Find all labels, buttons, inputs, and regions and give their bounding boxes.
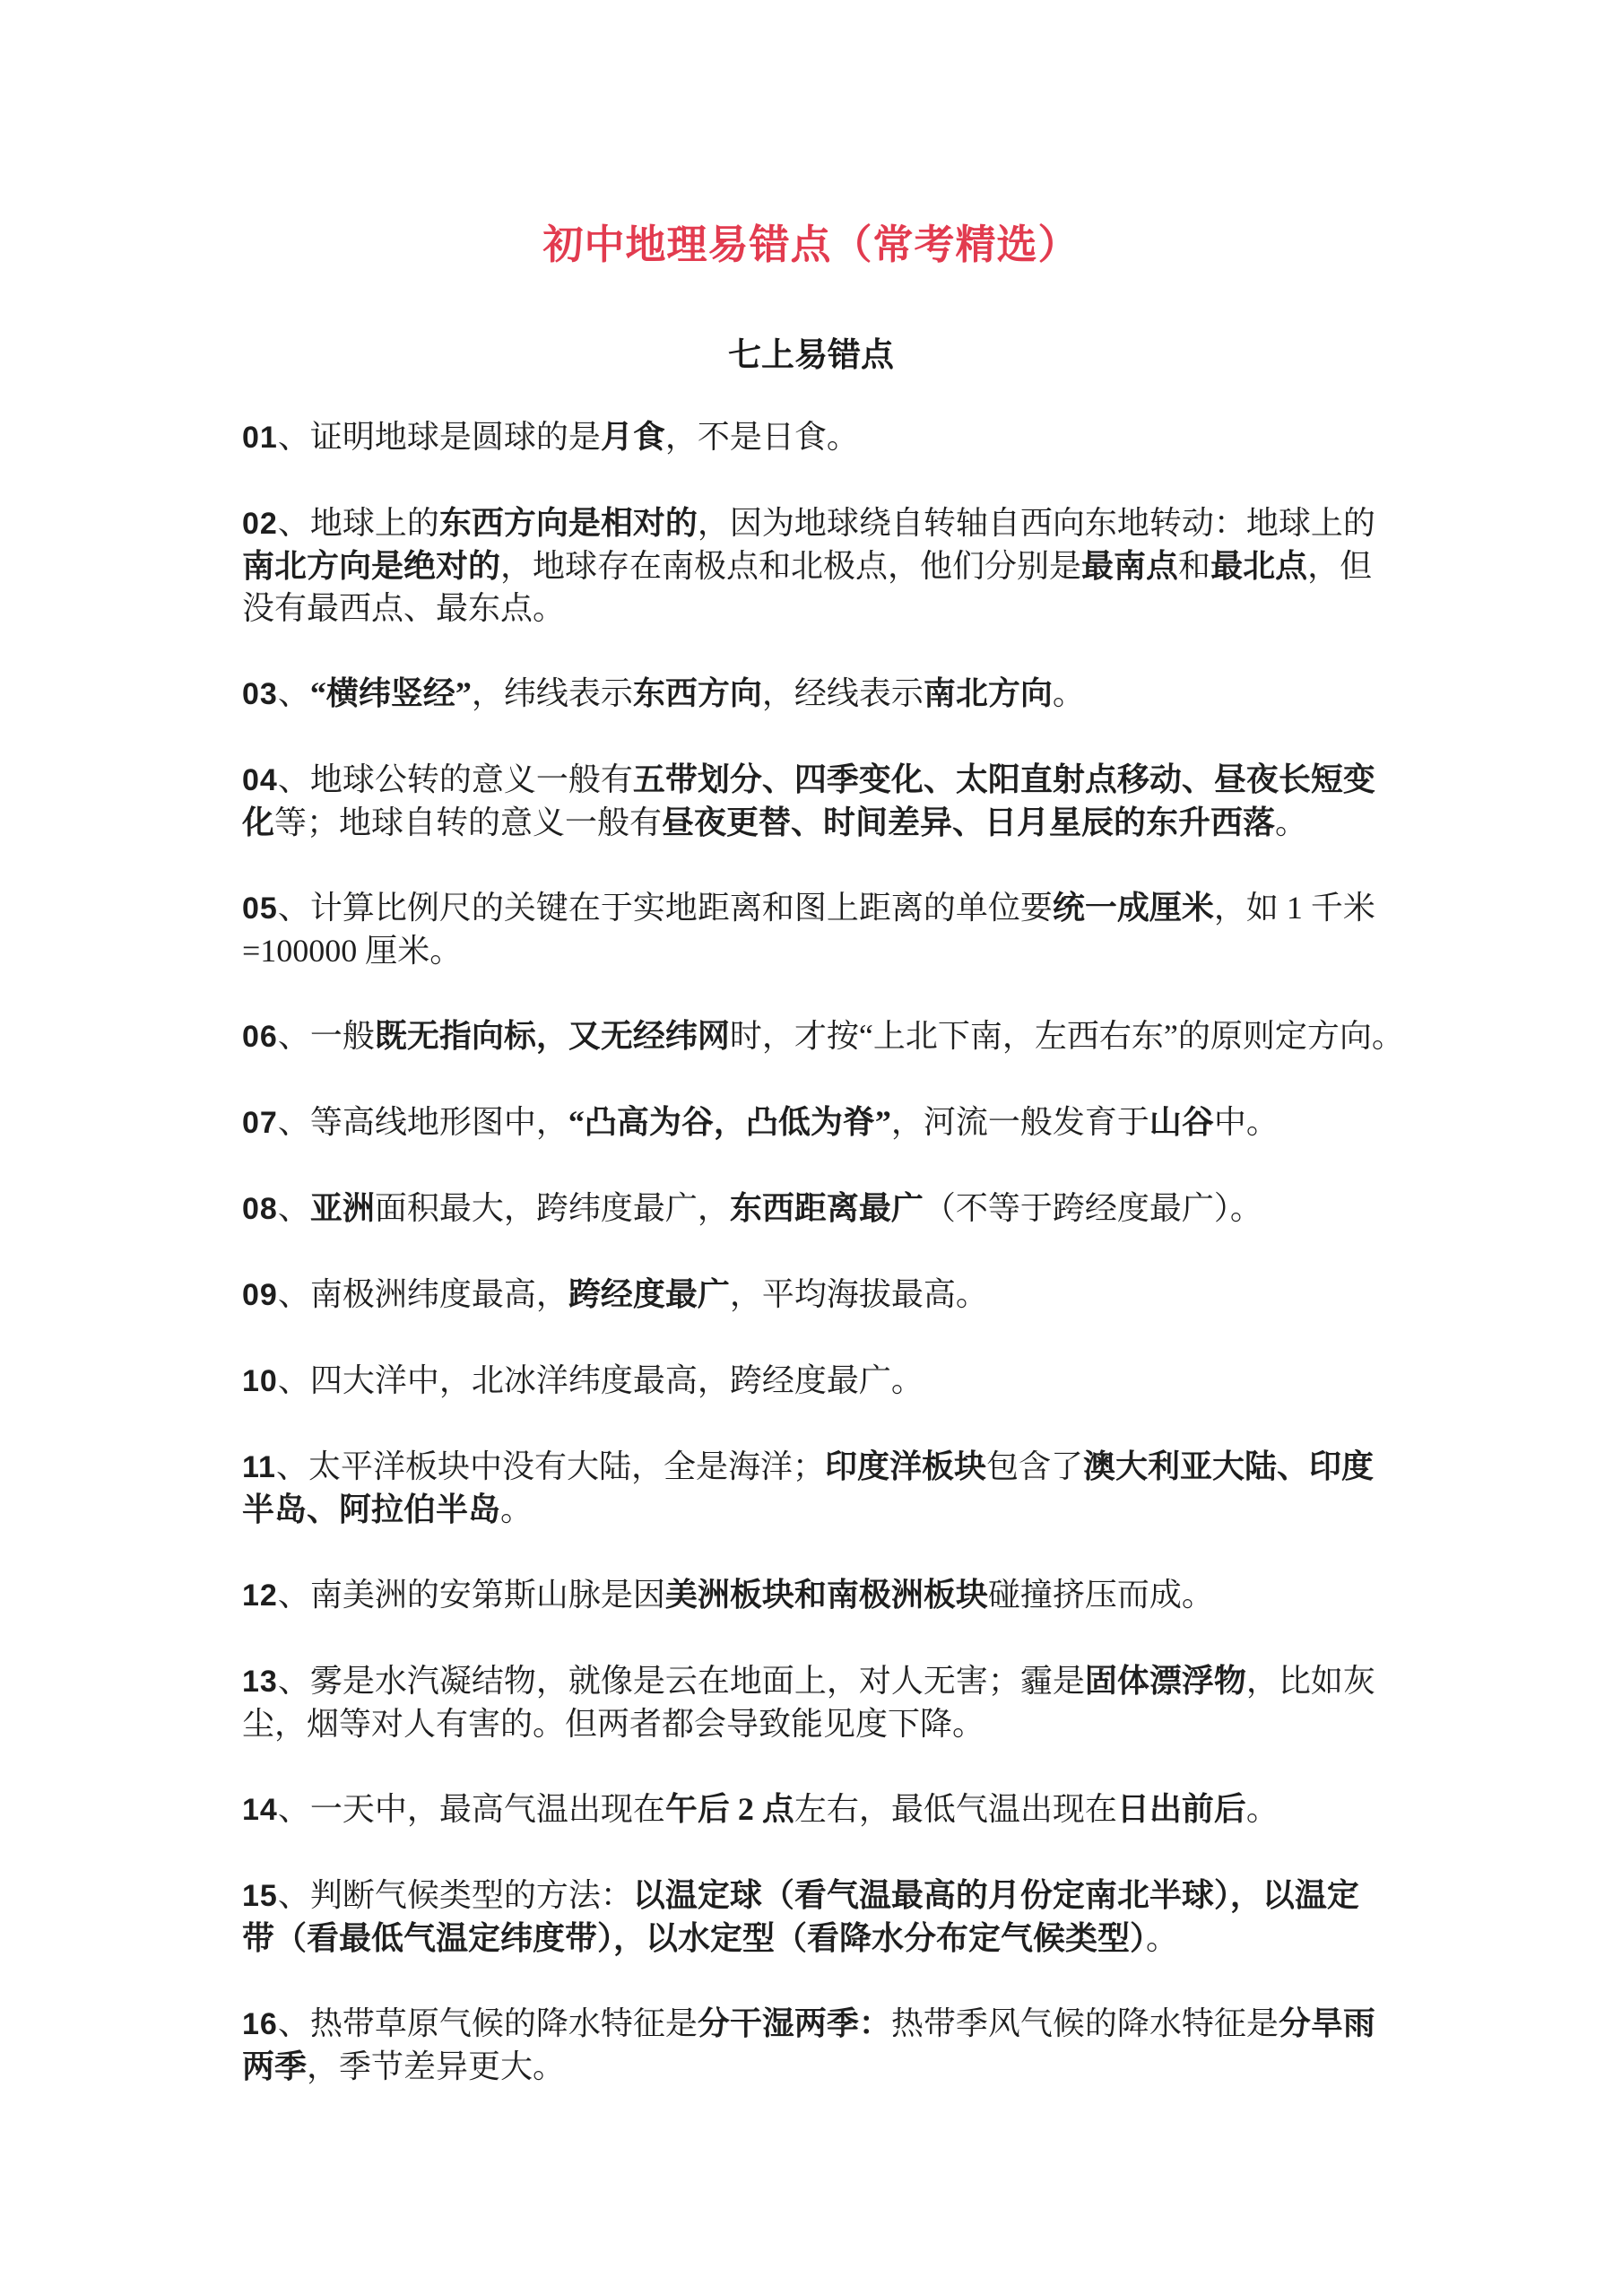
text-segment: ，因为地球绕自转轴自西向东地转动：地球上的 xyxy=(698,505,1375,541)
text-segment: “凸高为谷，凸低为脊” xyxy=(568,1104,891,1140)
text-segment: ，但 xyxy=(1307,548,1372,584)
text-segment: 左右，最低气温出现在 xyxy=(794,1791,1117,1827)
text-segment: 东西方向 xyxy=(633,675,762,711)
text-segment: 包含了 xyxy=(986,1448,1083,1484)
text-segment: 。 xyxy=(500,1492,533,1527)
item-number: 13 xyxy=(242,1665,278,1699)
text-segment: 半岛、阿拉伯半岛 xyxy=(242,1492,500,1527)
item-number: 15 xyxy=(242,1879,278,1913)
list-item: 04、地球公转的意义一般有五带划分、四季变化、太阳直射点移动、昼夜长短变化等；地… xyxy=(242,759,1550,844)
text-segment: 最南点 xyxy=(1081,548,1178,584)
text-segment: 、 xyxy=(278,675,310,711)
list-item: 14、一天中，最高气温出现在午后 2 点左右，最低气温出现在日出前后。 xyxy=(242,1788,1550,1831)
item-number: 11 xyxy=(242,1450,276,1484)
text-segment: ，河流一般发育于 xyxy=(891,1104,1149,1140)
text-segment: 、一天中，最高气温出现在 xyxy=(278,1791,665,1827)
text-segment: ，季节差异更大。 xyxy=(307,2048,565,2084)
list-item: 05、计算比例尺的关键在于实地距离和图上距离的单位要统一成厘米，如 1 千米=1… xyxy=(242,887,1550,972)
text-segment: 热带季风气候的降水特征是 xyxy=(891,2005,1279,2041)
text-segment: 亚洲 xyxy=(310,1190,375,1226)
text-segment: ，经线表示 xyxy=(762,675,924,711)
text-segment: 、南美洲的安第斯山脉是因 xyxy=(278,1577,665,1613)
text-segment: 山谷 xyxy=(1149,1104,1214,1140)
text-segment: 。 xyxy=(1053,675,1085,711)
text-segment: “横纬竖经” xyxy=(310,675,472,711)
item-number: 09 xyxy=(242,1278,278,1312)
text-segment: 昼夜更替、时间差异、日月星辰的东升西落 xyxy=(662,804,1275,840)
text-segment: 。 xyxy=(1246,1791,1279,1827)
document-page: 初中地理易错点（常考精选） 七上易错点 01、证明地球是圆球的是月食，不是日食。… xyxy=(0,0,1622,2296)
text-segment: 、地球公转的意义一般有 xyxy=(278,761,633,797)
text-segment: 午后 2 点 xyxy=(665,1791,794,1827)
text-segment: 、地球上的 xyxy=(278,505,439,541)
text-segment: 月食 xyxy=(601,419,665,455)
text-segment: ，比如灰 xyxy=(1246,1663,1375,1699)
item-number: 10 xyxy=(242,1364,278,1398)
list-item: 03、“横纬竖经”，纬线表示东西方向，经线表示南北方向。 xyxy=(242,673,1550,716)
list-item: 11、太平洋板块中没有大陆，全是海洋；印度洋板块包含了澳大利亚大陆、印度半岛、阿… xyxy=(242,1446,1550,1531)
text-segment: 和 xyxy=(1178,548,1210,584)
text-segment: 、一般 xyxy=(278,1018,375,1054)
text-segment: 尘，烟等对人有害的。但两者都会导致能见度下降。 xyxy=(242,1706,984,1742)
text-segment: ，平均海拔最高。 xyxy=(730,1276,988,1312)
list-item: 08、亚洲面积最大，跨纬度最广，东西距离最广（不等于跨经度最广）。 xyxy=(242,1187,1550,1231)
text-segment: 印度洋板块 xyxy=(825,1448,986,1484)
item-number: 04 xyxy=(242,763,278,797)
item-number: 08 xyxy=(242,1192,278,1226)
text-segment: 统一成厘米 xyxy=(1053,890,1214,926)
item-number: 12 xyxy=(242,1578,278,1613)
text-segment: 固体漂浮物 xyxy=(1085,1663,1246,1699)
text-segment: 以温定球（看气温最高的月份定南北半球），以温定 xyxy=(633,1877,1359,1913)
text-segment: ，不是日食。 xyxy=(665,419,859,455)
text-segment: 。 xyxy=(1275,804,1307,840)
text-segment: 美洲板块和南极洲板块 xyxy=(665,1577,988,1613)
list-item: 10、四大洋中，北冰洋纬度最高，跨经度最广。 xyxy=(242,1360,1550,1403)
item-number: 06 xyxy=(242,1020,278,1054)
text-segment: 东西方向是相对的 xyxy=(439,505,698,541)
text-segment: 日出前后 xyxy=(1117,1791,1246,1827)
item-number: 14 xyxy=(242,1793,278,1827)
text-segment: 带（看最低气温定纬度带），以水定型（看降水分布定气候类型） xyxy=(242,1920,1146,1956)
text-segment: 化 xyxy=(242,804,274,840)
list-item: 13、雾是水汽凝结物，就像是云在地面上，对人无害；霾是固体漂浮物，比如灰尘，烟等… xyxy=(242,1660,1550,1745)
text-segment: 。 xyxy=(1146,1920,1178,1956)
item-number: 03 xyxy=(242,677,278,711)
text-segment: 中。 xyxy=(1214,1104,1279,1140)
text-segment: 、太平洋板块中没有大陆，全是海洋； xyxy=(276,1448,825,1484)
text-segment: 分旱雨 xyxy=(1279,2005,1375,2041)
text-segment: 东西距离最广 xyxy=(730,1190,924,1226)
text-segment: 跨经度最广 xyxy=(568,1276,730,1312)
text-segment: 没有最西点、最东点。 xyxy=(242,590,565,626)
list-item: 01、证明地球是圆球的是月食，不是日食。 xyxy=(242,416,1550,459)
list-item: 02、地球上的东西方向是相对的，因为地球绕自转轴自西向东地转动：地球上的南北方向… xyxy=(242,502,1550,630)
text-segment: ，如 1 千米 xyxy=(1214,890,1375,926)
list-item: 15、判断气候类型的方法：以温定球（看气温最高的月份定南北半球），以温定带（看最… xyxy=(242,1874,1550,1960)
text-segment: ，纬线表示 xyxy=(472,675,633,711)
text-segment: 、南极洲纬度最高， xyxy=(278,1276,568,1312)
notes-list: 01、证明地球是圆球的是月食，不是日食。02、地球上的东西方向是相对的，因为地球… xyxy=(0,416,1622,2088)
page-title: 初中地理易错点（常考精选） xyxy=(0,220,1622,271)
item-number: 07 xyxy=(242,1106,278,1140)
text-segment: 碰撞挤压而成。 xyxy=(988,1577,1214,1613)
text-segment: （不等于跨经度最广）。 xyxy=(924,1190,1262,1226)
list-item: 07、等高线地形图中，“凸高为谷，凸低为脊”，河流一般发育于山谷中。 xyxy=(242,1101,1550,1144)
text-segment: 南北方向是绝对的 xyxy=(242,548,500,584)
list-item: 16、热带草原气候的降水特征是分干湿两季：热带季风气候的降水特征是分旱雨两季，季… xyxy=(242,2003,1550,2088)
item-number: 05 xyxy=(242,891,278,926)
list-item: 06、一般既无指向标，又无经纬网时，才按“上北下南，左西右东”的原则定方向。 xyxy=(242,1015,1550,1058)
text-segment: 、证明地球是圆球的是 xyxy=(278,419,601,455)
item-number: 02 xyxy=(242,507,278,541)
text-segment: 既无指向标，又无经纬网 xyxy=(375,1018,730,1054)
text-segment: 最北点 xyxy=(1210,548,1307,584)
text-segment: 、四大洋中，北冰洋纬度最高，跨经度最广。 xyxy=(278,1362,924,1398)
list-item: 12、南美洲的安第斯山脉是因美洲板块和南极洲板块碰撞挤压而成。 xyxy=(242,1574,1550,1617)
text-segment: 南北方向 xyxy=(924,675,1053,711)
text-segment: 面积最大，跨纬度最广， xyxy=(375,1190,730,1226)
text-segment: 等；地球自转的意义一般有 xyxy=(274,804,662,840)
text-segment: 五带划分、四季变化、太阳直射点移动、昼夜长短变 xyxy=(633,761,1375,797)
text-segment: 、计算比例尺的关键在于实地距离和图上距离的单位要 xyxy=(278,890,1053,926)
text-segment: 、等高线地形图中， xyxy=(278,1104,568,1140)
text-segment: 分干湿两季： xyxy=(698,2005,891,2041)
text-segment: 、 xyxy=(278,1190,310,1226)
text-segment: =100000 厘米。 xyxy=(242,933,462,969)
text-segment: 、雾是水汽凝结物，就像是云在地面上，对人无害；霾是 xyxy=(278,1663,1085,1699)
text-segment: 澳大利亚大陆、印度 xyxy=(1083,1448,1374,1484)
list-item: 09、南极洲纬度最高，跨经度最广，平均海拔最高。 xyxy=(242,1274,1550,1317)
section-heading: 七上易错点 xyxy=(0,335,1622,378)
item-number: 16 xyxy=(242,2007,278,2041)
item-number: 01 xyxy=(242,421,278,455)
text-segment: 、判断气候类型的方法： xyxy=(278,1877,633,1913)
text-segment: 两季 xyxy=(242,2048,307,2084)
text-segment: 、热带草原气候的降水特征是 xyxy=(278,2005,698,2041)
text-segment: 时，才按“上北下南，左西右东”的原则定方向。 xyxy=(730,1018,1404,1054)
text-segment: ，地球存在南极点和北极点，他们分别是 xyxy=(500,548,1081,584)
